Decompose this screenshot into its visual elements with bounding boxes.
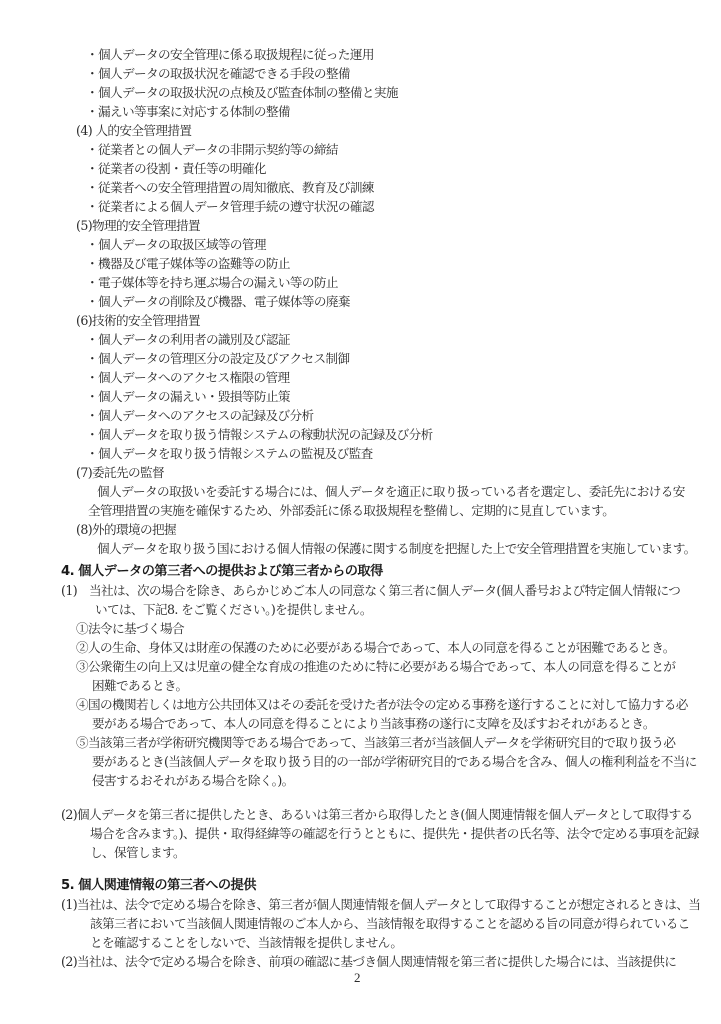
bullet-item: ・漏えい等事案に対応する体制の整備 <box>86 103 290 121</box>
case-item-cont: 困難であるとき。 <box>92 677 187 695</box>
case-item: ②人の生命、身体又は財産の保護のために必要がある場合であって、本人の同意を得るこ… <box>76 639 675 657</box>
bullet-item: ・個人データの取扱状況を確認できる手段の整備 <box>86 65 350 83</box>
subsection-title-external: (8)外的環境の把握 <box>76 521 176 539</box>
paragraph-line: とを確認することをしないで、当該情報を提供しません。 <box>90 934 402 952</box>
bullet-item: ・個人データの取扱状況の点検及び監査体制の整備と実施 <box>86 84 398 102</box>
paragraph-line: 個人データを取り扱う国における個人情報の保護に関する制度を把握した上で安全管理措… <box>97 540 696 558</box>
section-heading-4: 4. 個人データの第三者への提供および第三者からの取得 <box>61 563 383 581</box>
document-page: ・個人データの安全管理に係る取扱規程に従った運用 ・個人データの取扱状況を確認で… <box>0 0 721 1024</box>
bullet-item: ・個人データへのアクセス権限の管理 <box>86 369 290 387</box>
case-item-cont: 侵害するおそれがある場合を除く。)。 <box>92 772 294 790</box>
bullet-item: ・従業者への安全管理措置の周知徹底、教育及び訓練 <box>86 179 374 197</box>
bullet-item: ・従業者による個人データ管理手続の遵守状況の確認 <box>86 198 374 216</box>
paragraph-line: 場合を含みます。)、提供・取得経緯等の確認を行うとともに、提供先・提供者の氏名等… <box>90 825 699 843</box>
bullet-item: ・従業者の役割・責任等の明確化 <box>86 160 266 178</box>
case-item: ①法令に基づく場合 <box>76 620 184 638</box>
paragraph-line: (2)当社は、法令で定める場合を除き、前項の確認に基づき個人関連情報を第三者に提… <box>61 953 676 971</box>
bullet-item: ・個人データの管理区分の設定及びアクセス制御 <box>86 350 350 368</box>
bullet-item: ・従業者との個人データの非開示契約等の締結 <box>86 141 338 159</box>
paragraph-line: いては、下記8. をご覧ください。)を提供しません。 <box>95 601 372 619</box>
bullet-item: ・機器及び電子媒体等の盗難等の防止 <box>86 255 290 273</box>
bullet-item: ・個人データの安全管理に係る取扱規程に従った運用 <box>86 46 374 64</box>
paragraph-line: 個人データの取扱いを委託する場合には、個人データを適正に取り扱っている者を選定し… <box>97 483 685 501</box>
paragraph-line: 全管理措置の実施を確保するため、外部委託に係る取扱規程を整備し、定期的に見直して… <box>88 502 614 520</box>
paragraph-line: (1)当社は、法令で定める場合を除き、第三者が個人関連情報を個人データとして取得… <box>61 896 700 914</box>
subsection-title-technical: (6)技術的安全管理措置 <box>76 312 200 330</box>
case-item: ③公衆衛生の向上又は児童の健全な育成の推進のために特に必要がある場合であって、本… <box>76 658 675 676</box>
bullet-item: ・個人データを取り扱う情報システムの稼動状況の記録及び分析 <box>86 426 433 444</box>
bullet-item: ・電子媒体等を持ち運ぶ場合の漏えい等の防止 <box>86 274 338 292</box>
case-item: ④国の機関若しくは地方公共団体又はその委託を受けた者が法令の定める事務を遂行する… <box>76 696 688 714</box>
paragraph-line: (2)個人データを第三者に提供したとき、あるいは第三者から取得したとき(個人関連… <box>61 806 693 824</box>
subsection-title-contractor: (7)委託先の監督 <box>76 464 164 482</box>
bullet-item: ・個人データへのアクセスの記録及び分析 <box>86 407 314 425</box>
paragraph-line: 該第三者において当該個人関連情報のご本人から、当該情報を取得することを認める旨の… <box>90 915 690 933</box>
case-item-cont: 要があるとき(当該個人データを取り扱う目的の一部が学術研究目的である場合を含み、… <box>92 753 697 771</box>
page-number: 2 <box>354 970 361 986</box>
subsection-title-human: (4) 人的安全管理措置 <box>76 122 191 140</box>
bullet-item: ・個人データを取り扱う情報システムの監視及び監査 <box>86 445 373 463</box>
subsection-title-physical: (5)物理的安全管理措置 <box>76 217 200 235</box>
case-item: ⑤当該第三者が学術研究機関等である場合であって、当該第三者が当該個人データを学術… <box>76 734 675 752</box>
case-item-cont: 要がある場合であって、本人の同意を得ることにより当該事務の遂行に支障を及ぼすおそ… <box>92 715 655 733</box>
paragraph-line: し、保管します。 <box>90 844 185 862</box>
bullet-item: ・個人データの漏えい・毀損等防止策 <box>86 388 290 406</box>
bullet-item: ・個人データの利用者の識別及び認証 <box>86 331 290 349</box>
section-heading-5: 5. 個人関連情報の第三者への提供 <box>61 877 256 895</box>
paragraph-line: (1) 当社は、次の場合を除き、あらかじめご本人の同意なく第三者に個人データ(個… <box>61 582 680 600</box>
bullet-item: ・個人データの削除及び機器、電子媒体等の廃棄 <box>86 293 350 311</box>
bullet-item: ・個人データの取扱区域等の管理 <box>86 236 266 254</box>
